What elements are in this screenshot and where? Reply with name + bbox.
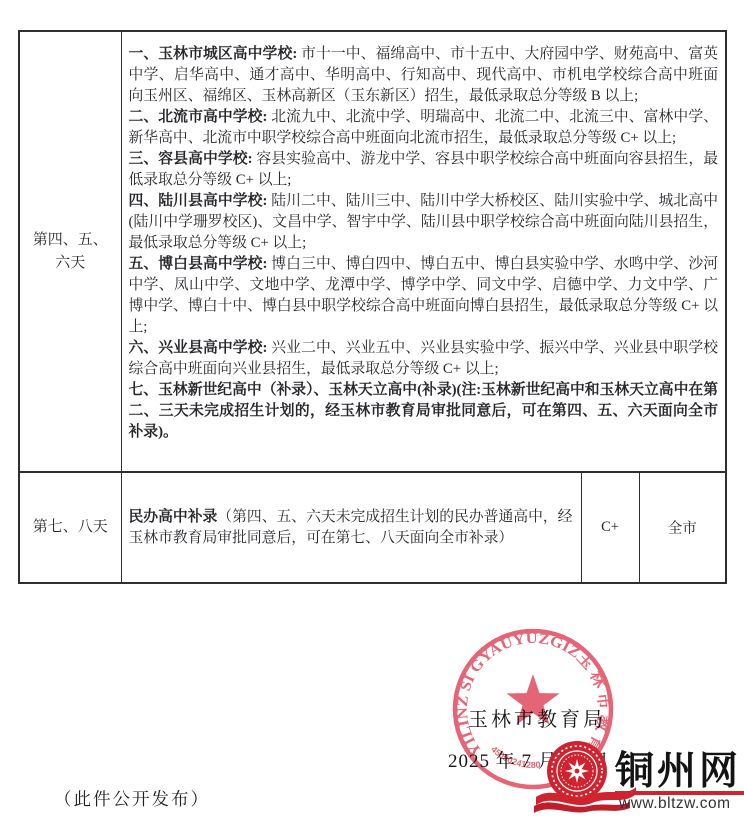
- admission-schedule-table: 第四、五、六天 一、玉林市城区高中学校: 市十一中、福绵高中、市十五中、大府园中…: [18, 30, 727, 584]
- schools-cell: 一、玉林市城区高中学校: 市十一中、福绵高中、市十五中、大府园中学、财苑高中、富…: [121, 31, 726, 472]
- day-cell-78: 第七、八天: [19, 472, 121, 583]
- schedule-item-7: 七、玉林新世纪高中（补录）、玉林天立高中(补录)(注:玉林新世纪高中和玉林天立高…: [129, 380, 719, 443]
- table-row: 第七、八天 民办高中补录（第四、五、六天未完成招生计划的民办普通高中，经玉林市教…: [19, 472, 726, 583]
- schedule-item-4: 四、陆川县高中学校: 陆川二中、陆川三中、陆川中学大桥校区、陆川实验中学、城北高…: [129, 191, 719, 254]
- watermark-site-name: 铜州网: [615, 740, 741, 796]
- day-cell-456: 第四、五、六天: [19, 31, 121, 472]
- issuing-agency: 玉林市教育局: [468, 703, 606, 732]
- schedule-item-3: 三、容县高中学校: 容县实验高中、游龙中学、容县中职学校综合高中班面向容县招生，…: [129, 149, 719, 191]
- item-2-head: 二、北流市高中学校:: [129, 109, 268, 125]
- private-recruit-cell: 民办高中补录（第四、五、六天未完成招生计划的民办普通高中，经玉林市教育局审批同意…: [121, 472, 581, 583]
- watermark-site-url: www.bltzw.com: [619, 795, 731, 813]
- item-7-head: 七、玉林新世纪高中（补录）、玉林天立高中(补录)(注:玉林新世纪高中和玉林天立高…: [129, 382, 719, 440]
- item-1-head: 一、玉林市城区高中学校:: [129, 46, 298, 62]
- grade-cell: C+: [581, 472, 639, 583]
- schedule-item-2: 二、北流市高中学校: 北流九中、北流中学、明瑞高中、北流二中、北流三中、富林中学…: [129, 107, 719, 149]
- schedule-item-6: 六、兴业县高中学校: 兴业二中、兴业五中、兴业县实验中学、振兴中学、兴业县中职学…: [129, 338, 719, 380]
- private-recruit-text: 民办高中补录（第四、五、六天未完成招生计划的民办普通高中，经玉林市教育局审批同意…: [129, 507, 573, 549]
- public-release-note: （此件公开发布）: [54, 786, 210, 811]
- schedule-item-1: 一、玉林市城区高中学校: 市十一中、福绵高中、市十五中、大府园中学、财苑高中、富…: [129, 44, 719, 107]
- item-4-head: 四、陆川县高中学校:: [129, 193, 268, 209]
- table-row: 第四、五、六天 一、玉林市城区高中学校: 市十一中、福绵高中、市十五中、大府园中…: [19, 31, 726, 472]
- seal-ring-text: YILINZ SI GYAUYUZGIZ玉 林 市 教 育 局: [447, 622, 613, 759]
- schedule-item-5: 五、博白县高中学校: 博白三中、博白四中、博白五中、博白县实验中学、水鸣中学、沙…: [129, 254, 719, 338]
- private-recruit-head: 民办高中补录: [129, 509, 218, 525]
- item-5-head: 五、博白县高中学校:: [129, 256, 268, 272]
- item-3-head: 三、容县高中学校:: [129, 151, 253, 167]
- svg-text:YILINZ SI GYAUYUZGIZ玉 林 市 教 育: YILINZ SI GYAUYUZGIZ玉 林 市 教 育 局: [447, 622, 613, 759]
- document-page: 第四、五、六天 一、玉林市城区高中学校: 市十一中、福绵高中、市十五中、大府园中…: [0, 0, 744, 817]
- item-6-head: 六、兴业县高中学校:: [129, 340, 268, 356]
- region-cell: 全市: [639, 472, 726, 583]
